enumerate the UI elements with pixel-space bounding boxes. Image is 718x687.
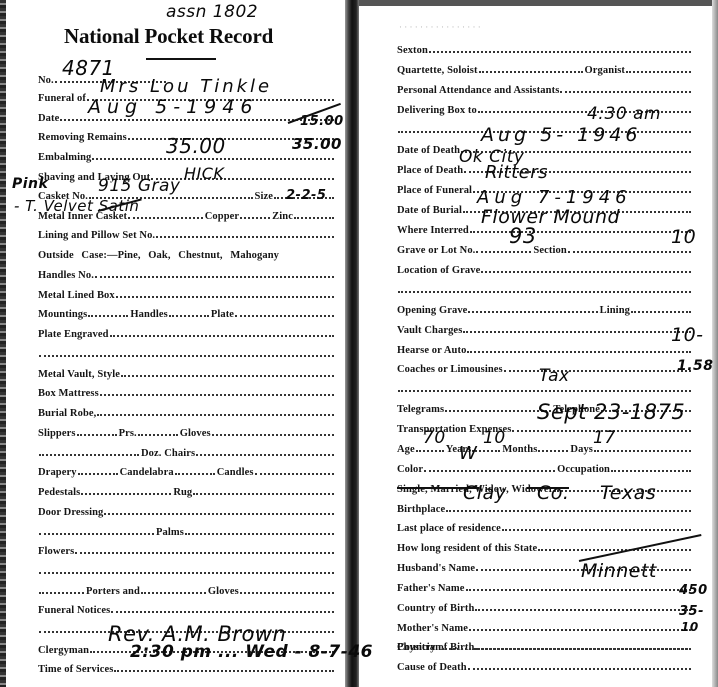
row-palms: Palms xyxy=(38,520,336,538)
hw-casket-brand: Hick xyxy=(184,164,224,183)
hw-embalming: 35.00 xyxy=(166,134,226,158)
row-handles-no: Handles No. xyxy=(38,263,336,281)
row-box-mattress: Box Mattress xyxy=(38,381,336,399)
hw-casket-size: 2-2-5 xyxy=(286,188,326,203)
row-drapery: Drapery Candelabra Candles xyxy=(38,460,336,478)
page-title: National Pocket Record xyxy=(64,24,273,49)
title-rule xyxy=(146,58,216,60)
row-flowers: Flowers xyxy=(38,539,336,557)
row-blank-1 xyxy=(38,342,336,360)
row-blank-2 xyxy=(38,559,336,577)
book-gutter xyxy=(345,0,359,687)
hw-removing-amount-2: 35.00 xyxy=(292,135,342,153)
hw-metal-inner-note: - T. Velvet Satin xyxy=(14,197,139,215)
row-doz-chairs: Doz. Chairs xyxy=(38,441,336,459)
right-page-end: Cause of Death xyxy=(359,0,712,687)
row-pedestals: Pedestals Rug xyxy=(38,480,336,498)
row-lining-pillow: Lining and Pillow Set No. xyxy=(38,223,336,241)
header-note: assn 1802 xyxy=(166,2,258,22)
cause-of-death-label: Cause of Death xyxy=(397,662,467,673)
row-porters: Porters and Gloves xyxy=(38,579,336,597)
left-page: assn 1802 National Pocket Record No. Fun… xyxy=(6,0,345,687)
row-outside-case: Outside Case:—Pine, Oak, Chestnut, Mahog… xyxy=(38,243,338,261)
scan-edge-right xyxy=(712,0,718,687)
hw-casket-margin: Pink xyxy=(12,176,48,192)
row-mountings: Mountings Handles Plate xyxy=(38,302,336,320)
row-burial-robe: Burial Robe, xyxy=(38,401,336,419)
row-door-dressing: Door Dressing xyxy=(38,500,336,518)
row-funeral-notices: Funeral Notices xyxy=(38,598,336,616)
hw-funeral-of: Mrs Lou Tinkle xyxy=(100,76,272,97)
row-metal-lined-box: Metal Lined Box xyxy=(38,283,336,301)
row-slippers: Slippers Prs. Gloves xyxy=(38,421,336,439)
row-metal-vault: Metal Vault, Style xyxy=(38,362,336,380)
hw-casket-no: 915 Gray xyxy=(98,176,181,196)
row-cause-of-death-final: Cause of Death xyxy=(397,655,693,673)
hw-time-of-services: 2:30 pm ... Wed - 8-7-46 xyxy=(130,642,373,662)
row-plate-engraved: Plate Engraved xyxy=(38,322,336,340)
hw-date: Aug 5-1946 xyxy=(88,96,258,118)
